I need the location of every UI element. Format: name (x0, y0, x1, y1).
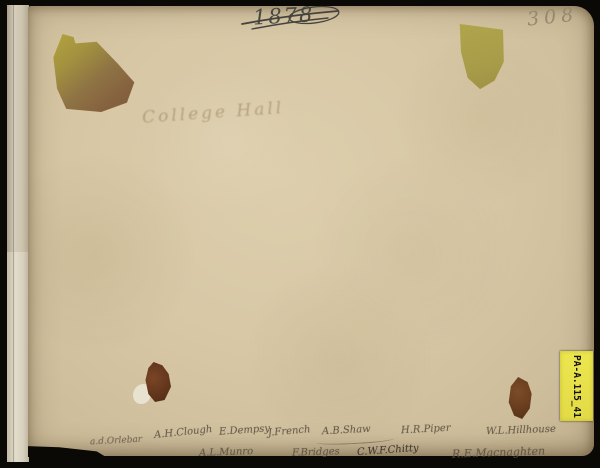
album-gutter-lower-edge (7, 252, 29, 462)
album-gutter-page-edges (7, 5, 29, 462)
archive-label-sticker: PA-A.115_41 (560, 351, 593, 421)
signature-bridges: F.Bridges (292, 446, 340, 459)
archive-label-text: PA-A.115_41 (571, 355, 582, 418)
strikethrough-marks (240, 1, 344, 37)
signature-munro: A.L.Munro (199, 446, 253, 459)
signature-macnaghten: R.E.Macnaghten (452, 444, 545, 460)
gutter-crease-line (13, 5, 14, 462)
album-page-scan: 1878 308 College Hall a.d.Orlebar A.H.Cl… (0, 0, 600, 468)
